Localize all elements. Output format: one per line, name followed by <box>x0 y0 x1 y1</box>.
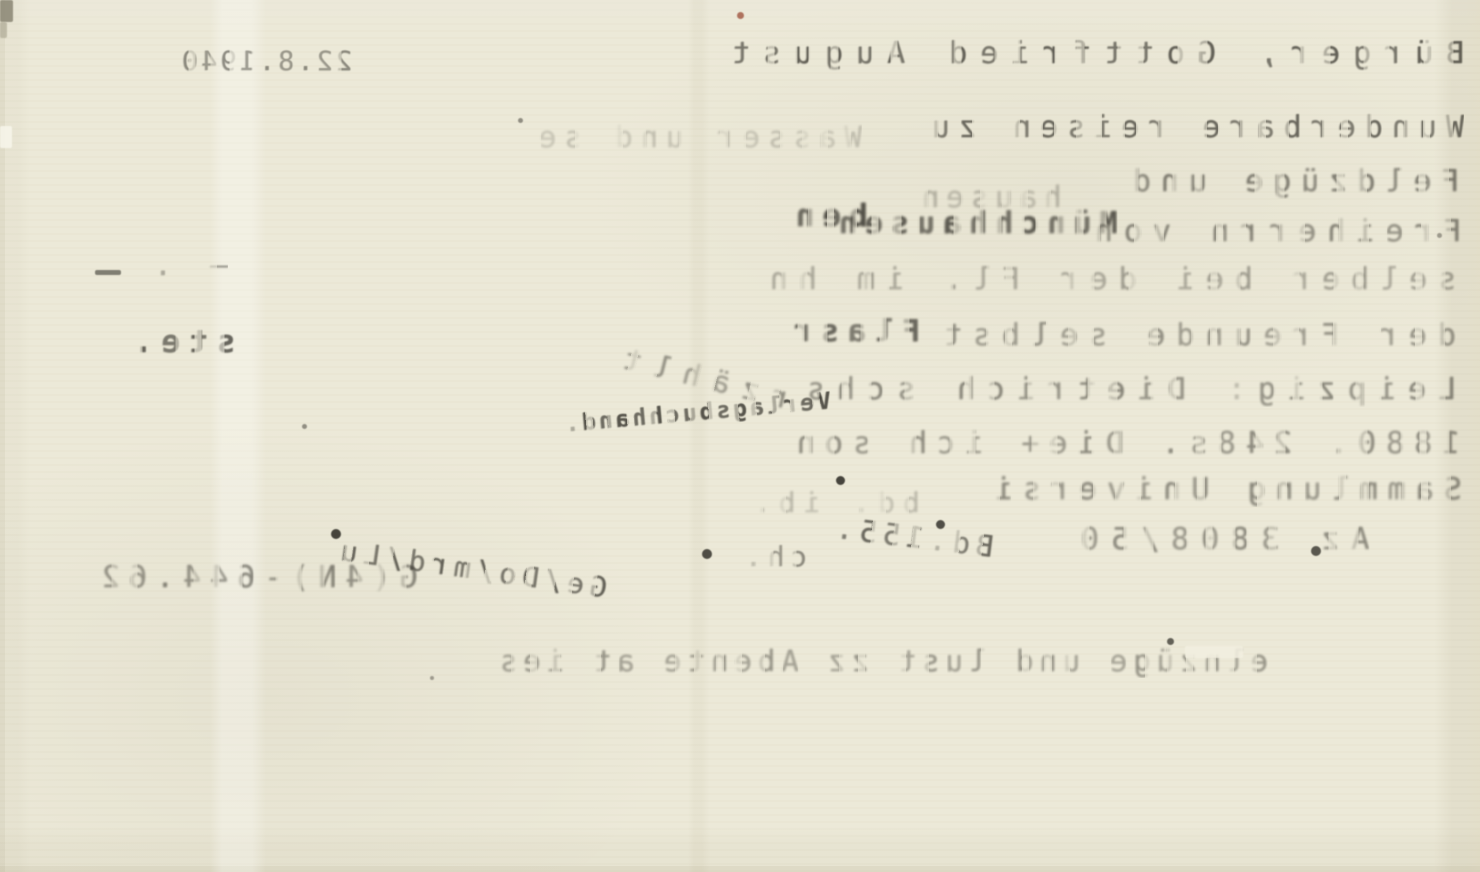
bleed-line-year: 1880. 248s. Die+ ich son <box>787 426 1460 461</box>
bleed-line-bottom: elnzüge und lust zz Abente at ies <box>494 644 1268 678</box>
bleed-word-flas: Flasr <box>785 314 920 349</box>
ink-dot <box>1311 546 1321 556</box>
red-speck <box>737 12 744 19</box>
ink-dot <box>702 549 712 559</box>
ink-dot <box>936 520 945 529</box>
corner-dark-patch <box>0 22 7 38</box>
whiteout-patch <box>1185 646 1243 658</box>
bleed-line-az-number: Az 3808/50 <box>1069 522 1370 557</box>
bleed-line-freiherrn: Freiherrn von <box>1084 214 1462 249</box>
ink-dot <box>331 529 341 539</box>
corner-dark-patch <box>0 0 13 22</box>
bleed-line-title2: Feldzüge und <box>1123 164 1460 199</box>
ink-speck <box>518 118 523 123</box>
bleed-line-title1-tail: Wasser und se <box>531 120 862 154</box>
ink-speck <box>302 424 307 429</box>
bleed-line5-left-fragment: – . <box>144 248 228 283</box>
bleed-line-title1: Wunderbare reisen zu <box>923 110 1464 145</box>
ink-dash <box>95 270 121 275</box>
bleed-word-muenchhausen: Münchhausen <box>831 206 1118 241</box>
ink-speck <box>1437 233 1442 238</box>
bleed-line-sammlung: Sammlung Universi <box>985 472 1462 507</box>
bleed-word-ch: ch. <box>739 540 808 573</box>
bleed-line6-end: ste. <box>125 324 236 360</box>
bleed-line-publisher: Leipzig: Dietrich schs <box>795 372 1456 407</box>
ink-speck <box>430 676 434 680</box>
card-scan: Bürger, Gottfried August 22.8.1940 Wunde… <box>0 0 1480 872</box>
ink-dot <box>1167 638 1174 645</box>
bleed-line-author: Bürger, Gottfried August <box>719 36 1464 71</box>
edge-white-notch <box>0 126 12 148</box>
bleed-word-ben: ben <box>788 198 868 234</box>
bleed-line5: selber bei der Fl. im hn <box>759 262 1456 297</box>
date-stamp: 22.8.1940 <box>179 46 352 77</box>
ink-dot <box>836 476 845 485</box>
bleed-line6: der Freunde selbst <box>933 318 1456 353</box>
